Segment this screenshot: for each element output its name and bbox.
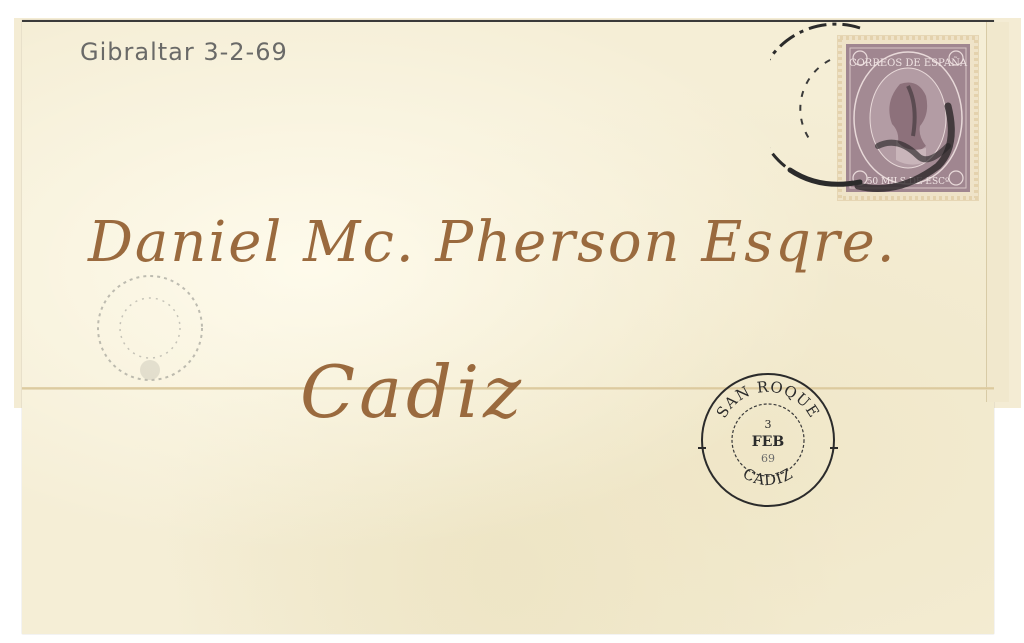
svg-text:CADIZ: CADIZ bbox=[740, 464, 796, 489]
postmark-year: 69 bbox=[761, 452, 775, 465]
postmark-day: 3 bbox=[765, 418, 772, 431]
svg-text:SAN ROQUE: SAN ROQUE bbox=[713, 378, 824, 421]
postal-cover-photo: Gibraltar 3-2-69 Daniel Mc. Pherson Esqr… bbox=[0, 0, 1024, 643]
postmark-month: FEB bbox=[752, 434, 785, 450]
postmark-town: SAN ROQUE bbox=[713, 378, 824, 421]
pencil-annotation: Gibraltar 3-2-69 bbox=[80, 38, 288, 66]
postmark-province: CADIZ bbox=[740, 464, 796, 489]
postmark-san-roque: SAN ROQUE CADIZ 3 FEB 69 bbox=[698, 370, 838, 510]
cancellation-ring-icon bbox=[770, 20, 970, 200]
faint-backstamp-icon bbox=[80, 270, 220, 390]
city-handwriting: Cadiz bbox=[300, 350, 525, 434]
letter-right-flap bbox=[986, 22, 1009, 402]
addressee-handwriting: Daniel Mc. Pherson Esqre. bbox=[88, 210, 897, 275]
